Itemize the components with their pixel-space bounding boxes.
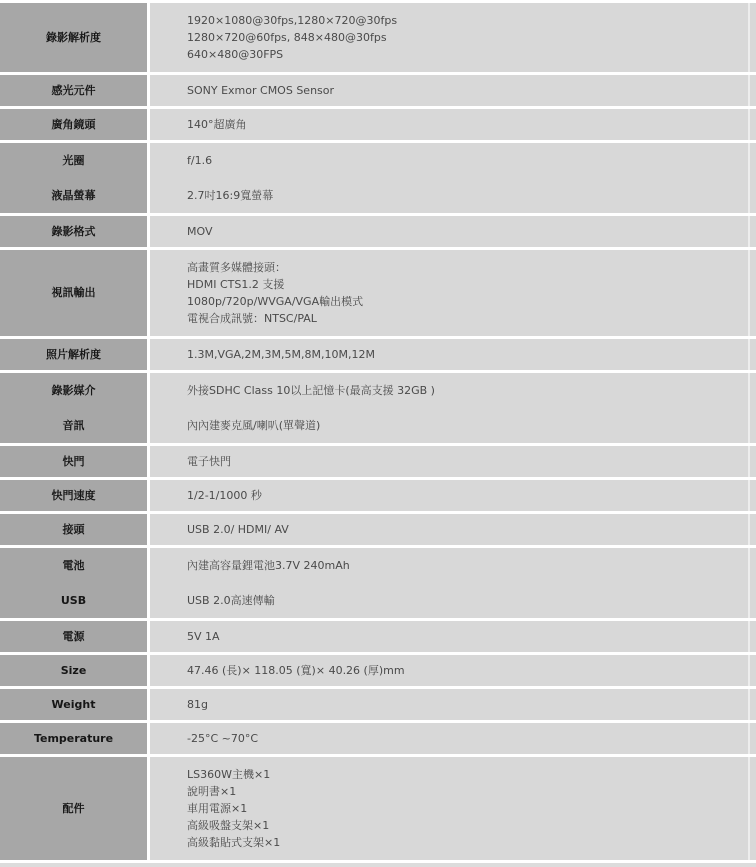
spec-value-cell: 1920×1080@30fps,1280×720@30fps1280×720@6… <box>150 3 756 72</box>
spec-block: Temperature-25°C ~70°C <box>0 723 756 754</box>
spec-value-cell: SONY Exmor CMOS Sensor <box>150 75 756 106</box>
spec-row: 音訊內內建麥克風/喇叭(單聲道) <box>0 408 756 443</box>
spec-value-line: USB 2.0/ HDMI/ AV <box>187 521 746 538</box>
spec-value-line: 電視合成訊號：NTSC/PAL <box>187 310 746 327</box>
spec-block: Size47.46 (長)× 118.05 (寬)× 40.26 (厚)mm <box>0 655 756 686</box>
spec-value-line: 電子快門 <box>187 453 746 470</box>
spec-value-cell: 81g <box>150 689 756 720</box>
spec-label-cell: 照片解析度 <box>0 339 147 370</box>
spec-value-line: 1920×1080@30fps,1280×720@30fps <box>187 12 746 29</box>
spec-block: 錄影解析度1920×1080@30fps,1280×720@30fps1280×… <box>0 3 756 72</box>
spec-value-line: 高級吸盤支架×1 <box>187 817 746 834</box>
spec-value-line: 47.46 (長)× 118.05 (寬)× 40.26 (厚)mm <box>187 662 746 679</box>
spec-label-cell: Temperature <box>0 723 147 754</box>
spec-value-cell: MOV <box>150 216 756 247</box>
spec-label: Size <box>57 662 91 680</box>
page-bottom-strip <box>0 863 756 867</box>
spec-label-cell: 快門速度 <box>0 480 147 511</box>
spec-value-line: 1280×720@60fps, 848×480@30fps <box>187 29 746 46</box>
spec-row: 光圈f/1.6 <box>0 143 756 178</box>
spec-row: Temperature-25°C ~70°C <box>0 723 756 754</box>
spec-label: Weight <box>48 696 100 714</box>
spec-table: 錄影解析度1920×1080@30fps,1280×720@30fps1280×… <box>0 0 756 860</box>
spec-label-cell: 廣角鏡頭 <box>0 109 147 140</box>
spec-value-line: SONY Exmor CMOS Sensor <box>187 82 746 99</box>
spec-value-line: 說明書×1 <box>187 783 746 800</box>
spec-block: 電源5V 1A <box>0 621 756 652</box>
spec-row: 錄影媒介外接SDHC Class 10以上記憶卡(最高支援 32GB ) <box>0 373 756 408</box>
spec-block: 電池內建高容量鋰電池3.7V 240mAhUSBUSB 2.0高速傳輸 <box>0 548 756 618</box>
spec-label: 光圈 <box>59 152 89 170</box>
spec-value-cell: USB 2.0高速傳輸 <box>150 583 756 618</box>
spec-value-cell: 外接SDHC Class 10以上記憶卡(最高支援 32GB ) <box>150 373 756 408</box>
spec-value-line: 5V 1A <box>187 628 746 645</box>
spec-label-cell: 液晶螢幕 <box>0 178 147 213</box>
spec-row: 視訊輸出高畫質多媒體接頭：HDMI CTS1.2 支援1080p/720p/WV… <box>0 250 756 336</box>
spec-label: 快門速度 <box>48 487 100 505</box>
spec-value-cell: 電子快門 <box>150 446 756 477</box>
spec-row: 感光元件SONY Exmor CMOS Sensor <box>0 75 756 106</box>
spec-value-line: 140°超廣角 <box>187 116 746 133</box>
spec-value-line: 內內建麥克風/喇叭(單聲道) <box>187 417 746 434</box>
spec-table-body: 錄影解析度1920×1080@30fps,1280×720@30fps1280×… <box>0 3 756 860</box>
spec-block: Weight81g <box>0 689 756 720</box>
spec-value-cell: 1/2-1/1000 秒 <box>150 480 756 511</box>
spec-value-line: 內建高容量鋰電池3.7V 240mAh <box>187 557 746 574</box>
spec-value-cell: 2.7吋16:9寬螢幕 <box>150 178 756 213</box>
spec-label-cell: USB <box>0 583 147 618</box>
spec-value-line: 2.7吋16:9寬螢幕 <box>187 187 746 204</box>
spec-value-line: -25°C ~70°C <box>187 730 746 747</box>
spec-row: 接頭USB 2.0/ HDMI/ AV <box>0 514 756 545</box>
spec-label-cell: 錄影解析度 <box>0 3 147 72</box>
spec-value-cell: 內內建麥克風/喇叭(單聲道) <box>150 408 756 443</box>
spec-value-cell: 140°超廣角 <box>150 109 756 140</box>
spec-row: 錄影解析度1920×1080@30fps,1280×720@30fps1280×… <box>0 3 756 72</box>
spec-value-line: 高畫質多媒體接頭： <box>187 259 746 276</box>
spec-label: 音訊 <box>59 417 89 435</box>
spec-value-line: 1.3M,VGA,2M,3M,5M,8M,10M,12M <box>187 346 746 363</box>
spec-block: 光圈f/1.6液晶螢幕2.7吋16:9寬螢幕 <box>0 143 756 213</box>
spec-row: 廣角鏡頭140°超廣角 <box>0 109 756 140</box>
spec-label-cell: 光圈 <box>0 143 147 178</box>
spec-label: 視訊輸出 <box>48 284 100 302</box>
spec-label: 電源 <box>59 628 89 646</box>
spec-value-cell: 1.3M,VGA,2M,3M,5M,8M,10M,12M <box>150 339 756 370</box>
spec-value-cell: USB 2.0/ HDMI/ AV <box>150 514 756 545</box>
spec-block: 感光元件SONY Exmor CMOS Sensor <box>0 75 756 106</box>
spec-value-cell: f/1.6 <box>150 143 756 178</box>
spec-label-cell: 快門 <box>0 446 147 477</box>
spec-row: 照片解析度1.3M,VGA,2M,3M,5M,8M,10M,12M <box>0 339 756 370</box>
spec-label: 感光元件 <box>48 82 100 100</box>
spec-label-cell: Size <box>0 655 147 686</box>
spec-value-line: MOV <box>187 223 746 240</box>
spec-label: Temperature <box>30 730 117 748</box>
spec-block: 照片解析度1.3M,VGA,2M,3M,5M,8M,10M,12M <box>0 339 756 370</box>
spec-block: 廣角鏡頭140°超廣角 <box>0 109 756 140</box>
spec-row: 電池內建高容量鋰電池3.7V 240mAh <box>0 548 756 583</box>
spec-label-cell: 配件 <box>0 757 147 860</box>
spec-value-cell: 5V 1A <box>150 621 756 652</box>
spec-label: 照片解析度 <box>42 346 105 364</box>
spec-row: 快門電子快門 <box>0 446 756 477</box>
spec-label: 接頭 <box>59 521 89 539</box>
spec-label-cell: 錄影媒介 <box>0 373 147 408</box>
spec-block: 配件LS360W主機×1說明書×1車用電源×1高級吸盤支架×1高級黏貼式支架×1 <box>0 757 756 860</box>
spec-value-line: 外接SDHC Class 10以上記憶卡(最高支援 32GB ) <box>187 382 746 399</box>
spec-label-cell: 感光元件 <box>0 75 147 106</box>
spec-label: 廣角鏡頭 <box>48 116 100 134</box>
spec-row: USBUSB 2.0高速傳輸 <box>0 583 756 618</box>
spec-block: 錄影格式MOV <box>0 216 756 247</box>
spec-label: 錄影媒介 <box>48 382 100 400</box>
spec-label-cell: 錄影格式 <box>0 216 147 247</box>
spec-label-cell: 音訊 <box>0 408 147 443</box>
spec-value-line: LS360W主機×1 <box>187 766 746 783</box>
spec-label: USB <box>57 592 90 610</box>
spec-label: 配件 <box>59 800 89 818</box>
spec-label: 錄影解析度 <box>42 29 105 47</box>
spec-value-line: 1080p/720p/WVGA/VGA輸出模式 <box>187 293 746 310</box>
spec-label: 電池 <box>59 557 89 575</box>
spec-value-line: 81g <box>187 696 746 713</box>
spec-value-line: 車用電源×1 <box>187 800 746 817</box>
spec-block: 錄影媒介外接SDHC Class 10以上記憶卡(最高支援 32GB )音訊內內… <box>0 373 756 443</box>
spec-value-line: f/1.6 <box>187 152 746 169</box>
spec-value-cell: -25°C ~70°C <box>150 723 756 754</box>
spec-row: 液晶螢幕2.7吋16:9寬螢幕 <box>0 178 756 213</box>
spec-row: 配件LS360W主機×1說明書×1車用電源×1高級吸盤支架×1高級黏貼式支架×1 <box>0 757 756 860</box>
spec-value-line: HDMI CTS1.2 支援 <box>187 276 746 293</box>
spec-row: Weight81g <box>0 689 756 720</box>
spec-label-cell: 接頭 <box>0 514 147 545</box>
spec-label: 錄影格式 <box>48 223 100 241</box>
spec-row: Size47.46 (長)× 118.05 (寬)× 40.26 (厚)mm <box>0 655 756 686</box>
spec-block: 視訊輸出高畫質多媒體接頭：HDMI CTS1.2 支援1080p/720p/WV… <box>0 250 756 336</box>
spec-row: 快門速度1/2-1/1000 秒 <box>0 480 756 511</box>
spec-block: 接頭USB 2.0/ HDMI/ AV <box>0 514 756 545</box>
spec-value-cell: 47.46 (長)× 118.05 (寬)× 40.26 (厚)mm <box>150 655 756 686</box>
spec-label-cell: Weight <box>0 689 147 720</box>
spec-value-line: USB 2.0高速傳輸 <box>187 592 746 609</box>
spec-block: 快門速度1/2-1/1000 秒 <box>0 480 756 511</box>
spec-label-cell: 視訊輸出 <box>0 250 147 336</box>
spec-value-line: 高級黏貼式支架×1 <box>187 834 746 851</box>
spec-value-line: 1/2-1/1000 秒 <box>187 487 746 504</box>
spec-label-cell: 電源 <box>0 621 147 652</box>
spec-row: 電源5V 1A <box>0 621 756 652</box>
spec-row: 錄影格式MOV <box>0 216 756 247</box>
spec-value-cell: LS360W主機×1說明書×1車用電源×1高級吸盤支架×1高級黏貼式支架×1 <box>150 757 756 860</box>
spec-label: 快門 <box>59 453 89 471</box>
spec-value-cell: 高畫質多媒體接頭：HDMI CTS1.2 支援1080p/720p/WVGA/V… <box>150 250 756 336</box>
spec-value-line: 640×480@30FPS <box>187 46 746 63</box>
spec-label: 液晶螢幕 <box>48 187 100 205</box>
spec-block: 快門電子快門 <box>0 446 756 477</box>
spec-label-cell: 電池 <box>0 548 147 583</box>
spec-value-cell: 內建高容量鋰電池3.7V 240mAh <box>150 548 756 583</box>
